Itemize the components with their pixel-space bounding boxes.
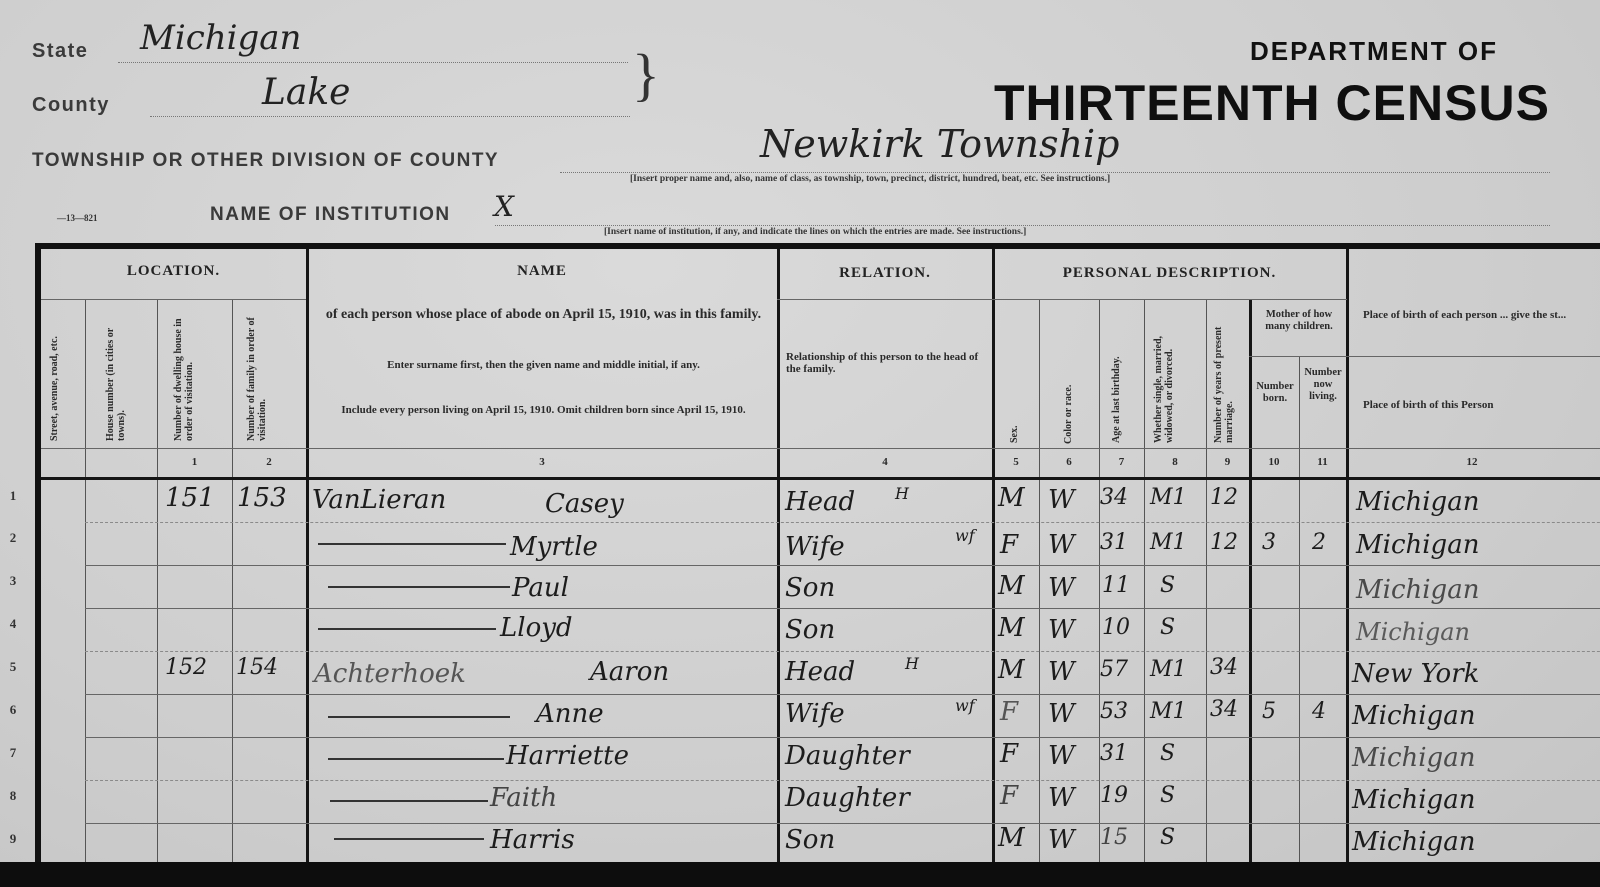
col-divider (1206, 300, 1207, 870)
county-line (150, 116, 630, 117)
age: 19 (1100, 776, 1128, 816)
marital: S (1160, 608, 1175, 648)
ditto-mark (334, 838, 484, 840)
township-label: Township or other division of county (32, 150, 499, 172)
relation: Son (785, 820, 835, 860)
township-note: [Insert proper name and, also, name of c… (630, 174, 1110, 184)
colnum-3: 3 (307, 456, 777, 468)
marital: S (1160, 818, 1175, 858)
institution-value: X (494, 190, 514, 223)
subheader-mother-of: Mother of how many children. (1253, 309, 1345, 333)
township-line (560, 172, 1550, 173)
subheader-name-2: Enter surname first, then the given name… (321, 359, 766, 371)
department-heading: DEPARTMENT OF (1250, 36, 1498, 67)
surname: VanLieran (312, 480, 446, 520)
family-number: 153 (237, 478, 287, 518)
col-divider (777, 249, 780, 869)
line-number: 1 (4, 488, 22, 504)
row-divider (1249, 356, 1600, 357)
line-number: 6 (4, 702, 22, 718)
census-title: THIRTEENTH CENSUS (994, 74, 1550, 132)
subheader-color: Color or race. (1063, 344, 1081, 444)
line-number: 9 (4, 831, 22, 847)
age: 53 (1100, 692, 1128, 732)
row-divider (777, 299, 1347, 300)
ditto-mark (328, 758, 504, 760)
brace: } (632, 40, 660, 110)
given-name: Myrtle (510, 527, 598, 567)
col-divider (1144, 300, 1145, 870)
col-divider (232, 300, 233, 870)
section-relation: RELATION. (778, 265, 992, 282)
relation-mark: wf (955, 516, 975, 556)
birthplace: Michigan (1356, 525, 1479, 565)
colnum-9: 9 (1206, 456, 1249, 468)
state-label: State (32, 40, 88, 63)
state-line (118, 62, 628, 63)
col-divider (992, 249, 995, 869)
line-number: 4 (4, 616, 22, 632)
years-married: 12 (1210, 523, 1238, 563)
ditto-mark (330, 800, 488, 802)
birthplace: Michigan (1352, 738, 1475, 778)
family-number: 154 (236, 648, 278, 688)
color: W (1048, 736, 1075, 776)
col-divider (1346, 249, 1349, 869)
colnum-11: 11 (1299, 456, 1346, 468)
county-value: Lake (262, 72, 351, 113)
ditto-mark (328, 586, 510, 588)
subheader-years-married: Number of years of present marriage. (1213, 307, 1243, 443)
colnum-6: 6 (1039, 456, 1099, 468)
sex: M (998, 650, 1025, 690)
given-name: Faith (490, 778, 557, 818)
age: 57 (1100, 650, 1128, 690)
subheader-birthplace: Place of birth of this Person (1363, 399, 1600, 411)
relation: Daughter (785, 736, 910, 776)
institution-label: Name of institution (210, 204, 451, 226)
color: W (1048, 652, 1075, 692)
age: 15 (1100, 818, 1128, 858)
relation: Head (785, 482, 855, 522)
sex: M (998, 566, 1025, 606)
colnum-4: 4 (778, 456, 992, 468)
sex: F (1000, 776, 1018, 816)
line-number: 8 (4, 788, 22, 804)
colnum-5: 5 (993, 456, 1039, 468)
given-name: Harriette (506, 736, 629, 776)
relation: Wife (785, 527, 845, 567)
age: 31 (1100, 734, 1128, 774)
institution-note: [Insert name of institution, if any, and… (604, 227, 1026, 237)
marital: M1 (1150, 650, 1187, 690)
subheader-birthplace-top: Place of birth of each person ... give t… (1363, 309, 1600, 321)
subheader-street: Street, avenue, road, etc. (49, 305, 79, 441)
colnum-8: 8 (1144, 456, 1206, 468)
subheader-age: Age at last birthday. (1111, 307, 1137, 443)
relation-mark: wf (955, 686, 975, 726)
subheader-sex: Sex. (1009, 399, 1027, 443)
relation: Wife (785, 694, 845, 734)
marital: M1 (1150, 692, 1187, 732)
birthplace: Michigan (1356, 612, 1470, 652)
institution-line (495, 225, 1550, 226)
row-divider (41, 448, 1600, 449)
subheader-relation: Relationship of this person to the head … (786, 351, 986, 375)
colnum-7: 7 (1099, 456, 1144, 468)
given-name: Aaron (590, 652, 669, 692)
marital: M1 (1150, 523, 1187, 563)
colnum-2: 2 (232, 456, 306, 468)
given-name: Paul (512, 568, 569, 608)
given-name: Anne (536, 694, 604, 734)
age: 31 (1100, 523, 1128, 563)
color: W (1048, 480, 1075, 520)
relation-mark: H (905, 644, 919, 684)
ditto-mark (318, 628, 496, 630)
sex: M (998, 608, 1025, 648)
given-name: Harris (490, 820, 575, 860)
state-value: Michigan (140, 18, 301, 58)
birthplace: Michigan (1356, 570, 1479, 610)
scan-bottom-edge (0, 862, 1600, 887)
subheader-house-number: House number (in cities or towns). (105, 305, 141, 441)
surname: Achterhoek (314, 654, 466, 694)
relation: Son (785, 568, 835, 608)
children-born: 3 (1262, 523, 1276, 563)
sex: F (1000, 734, 1018, 774)
subheader-dwelling: Number of dwelling house in order of vis… (173, 305, 215, 441)
relation: Son (785, 610, 835, 650)
color: W (1048, 694, 1075, 734)
color: W (1048, 610, 1075, 650)
age: 10 (1102, 608, 1130, 648)
relation: Head (785, 652, 855, 692)
marital: S (1160, 776, 1175, 816)
years-married: 34 (1210, 690, 1238, 730)
color: W (1048, 778, 1075, 818)
census-page: State Michigan County Lake } Township or… (0, 0, 1600, 887)
dwelling-number: 151 (165, 478, 215, 518)
colnum-10: 10 (1249, 456, 1299, 468)
subheader-living: Number now living. (1301, 367, 1345, 403)
col-divider (1039, 300, 1040, 870)
ditto-mark (318, 543, 506, 545)
line-number: 2 (4, 530, 22, 546)
color: W (1048, 525, 1075, 565)
children-living: 4 (1312, 692, 1326, 732)
years-married: 12 (1210, 478, 1238, 518)
subheader-family: Number of family in order of visitation. (246, 305, 288, 441)
colnum-12: 12 (1347, 456, 1597, 468)
col-divider (85, 300, 86, 870)
line-number: 3 (4, 573, 22, 589)
line-number: 5 (4, 659, 22, 675)
section-name: NAME (307, 263, 777, 280)
line-number: 7 (4, 745, 22, 761)
birthplace: Michigan (1356, 482, 1479, 522)
given-name: Lloyd (500, 608, 573, 648)
relation-mark: H (895, 474, 909, 514)
marital: M1 (1150, 478, 1187, 518)
sex: M (998, 478, 1025, 518)
row-divider (85, 522, 1600, 523)
colnum-1: 1 (157, 456, 232, 468)
birthplace: Michigan (1352, 696, 1475, 736)
relation: Daughter (785, 778, 910, 818)
color: W (1048, 568, 1075, 608)
years-married: 34 (1210, 648, 1238, 688)
age: 11 (1102, 566, 1130, 606)
row-divider (41, 299, 306, 300)
dwelling-number: 152 (165, 648, 207, 688)
subheader-name-1: of each person whose place of abode on A… (321, 305, 766, 325)
children-living: 2 (1312, 523, 1326, 563)
subheader-name-3: Include every person living on April 15,… (321, 404, 766, 416)
marital: S (1160, 566, 1175, 606)
county-label: County (32, 94, 110, 117)
marital: S (1160, 734, 1175, 774)
col-divider (1299, 357, 1300, 870)
section-personal: PERSONAL DESCRIPTION. (993, 265, 1346, 282)
ditto-mark (328, 716, 510, 718)
birthplace: Michigan (1352, 780, 1475, 820)
subheader-marital: Whether single, married, widowed, or div… (1153, 307, 1193, 443)
section-location: LOCATION. (41, 263, 306, 280)
children-born: 5 (1262, 692, 1276, 732)
sex: M (998, 818, 1025, 858)
birthplace: Michigan (1352, 822, 1475, 862)
col-divider (157, 300, 158, 870)
sex: F (1000, 525, 1018, 565)
form-code: —13—821 (57, 213, 98, 223)
col-divider (306, 249, 309, 869)
color: W (1048, 820, 1075, 860)
subheader-born: Number born. (1252, 381, 1298, 405)
birthplace: New York (1352, 654, 1479, 694)
sex: F (1000, 692, 1018, 732)
given-name: Casey (545, 484, 624, 524)
age: 34 (1100, 478, 1128, 518)
